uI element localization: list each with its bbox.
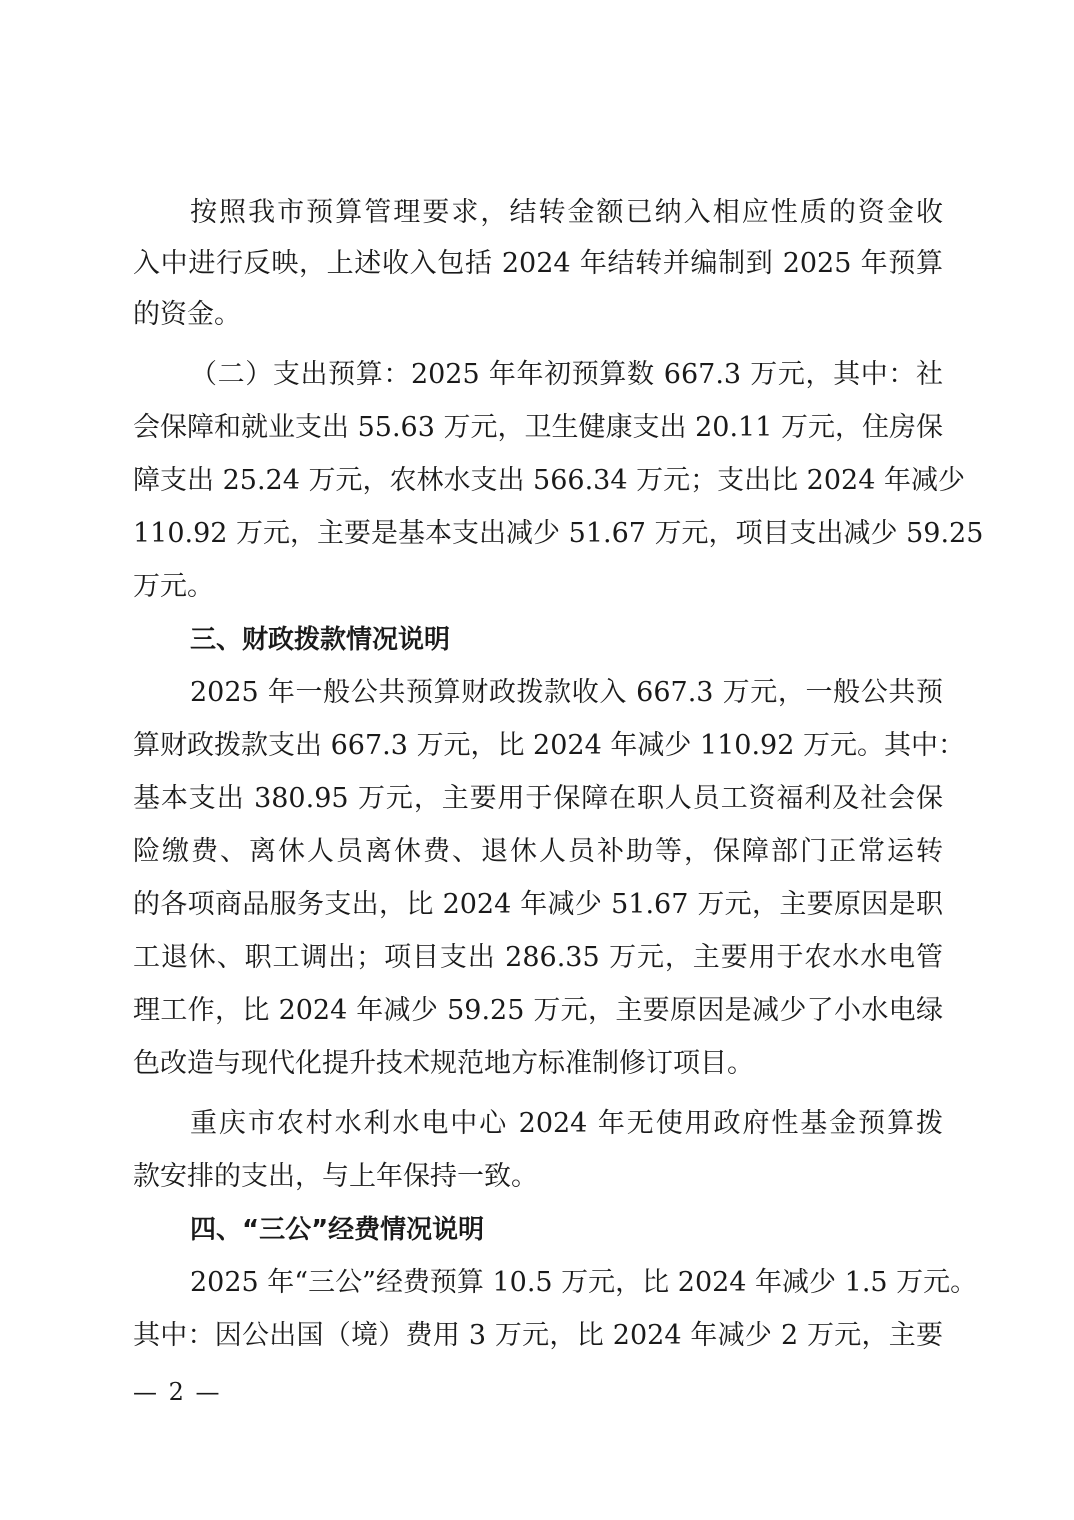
paragraph-fiscal-appropriation-line-3: 基本支出 380.95 万元，主要用于保障在职人员工资福利及社会保 [133, 779, 943, 819]
paragraph-fiscal-appropriation-line-2: 算财政拨款支出 667.3 万元，比 2024 年减少 110.92 万元。其中… [133, 726, 943, 766]
paragraph-expenditure-budget-line-1: （二）支出预算：2025 年年初预算数 667.3 万元，其中：社 [190, 355, 943, 395]
paragraph-fiscal-appropriation-line-8: 色改造与现代化提升技术规范地方标准制修订项目。 [133, 1044, 943, 1084]
page-number: — 2 — [133, 1374, 222, 1410]
paragraph-expenditure-budget-line-4: 110.92 万元，主要是基本支出减少 51.67 万元，项目支出减少 59.2… [133, 514, 943, 554]
paragraph-expenditure-budget-line-2: 会保障和就业支出 55.63 万元，卫生健康支出 20.11 万元，住房保 [133, 408, 943, 448]
paragraph-government-fund-line-2: 款安排的支出，与上年保持一致。 [133, 1157, 943, 1197]
section-heading-three-public-expenses: 四、“三公”经费情况说明 [190, 1210, 943, 1250]
paragraph-fiscal-appropriation-line-7: 理工作，比 2024 年减少 59.25 万元，主要原因是减少了小水电绿 [133, 991, 943, 1031]
paragraph-government-fund-line-1: 重庆市农村水利水电中心 2024 年无使用政府性基金预算拨 [190, 1104, 943, 1144]
paragraph-carryover-line-3: 的资金。 [133, 295, 943, 335]
section-heading-fiscal-appropriation: 三、财政拨款情况说明 [190, 620, 943, 660]
paragraph-expenditure-budget-line-3: 障支出 25.24 万元，农林水支出 566.34 万元；支出比 2024 年减… [133, 461, 943, 501]
paragraph-fiscal-appropriation-line-5: 的各项商品服务支出，比 2024 年减少 51.67 万元，主要原因是职 [133, 885, 943, 925]
paragraph-three-public-expenses-line-2: 其中：因公出国（境）费用 3 万元，比 2024 年减少 2 万元，主要 [133, 1316, 943, 1356]
document-page: 按照我市预算管理要求，结转金额已纳入相应性质的资金收 入中进行反映，上述收入包括… [0, 0, 1074, 1520]
paragraph-fiscal-appropriation-line-6: 工退休、职工调出；项目支出 286.35 万元，主要用于农水水电管 [133, 938, 943, 978]
paragraph-carryover-line-1: 按照我市预算管理要求，结转金额已纳入相应性质的资金收 [190, 193, 943, 233]
paragraph-fiscal-appropriation-line-4: 险缴费、离休人员离休费、退休人员补助等，保障部门正常运转 [133, 832, 943, 872]
paragraph-fiscal-appropriation-line-1: 2025 年一般公共预算财政拨款收入 667.3 万元，一般公共预 [190, 673, 943, 713]
paragraph-three-public-expenses-line-1: 2025 年“三公”经费预算 10.5 万元，比 2024 年减少 1.5 万元… [190, 1263, 943, 1303]
paragraph-carryover-line-2: 入中进行反映，上述收入包括 2024 年结转并编制到 2025 年预算 [133, 244, 943, 284]
paragraph-expenditure-budget-line-5: 万元。 [133, 567, 943, 607]
